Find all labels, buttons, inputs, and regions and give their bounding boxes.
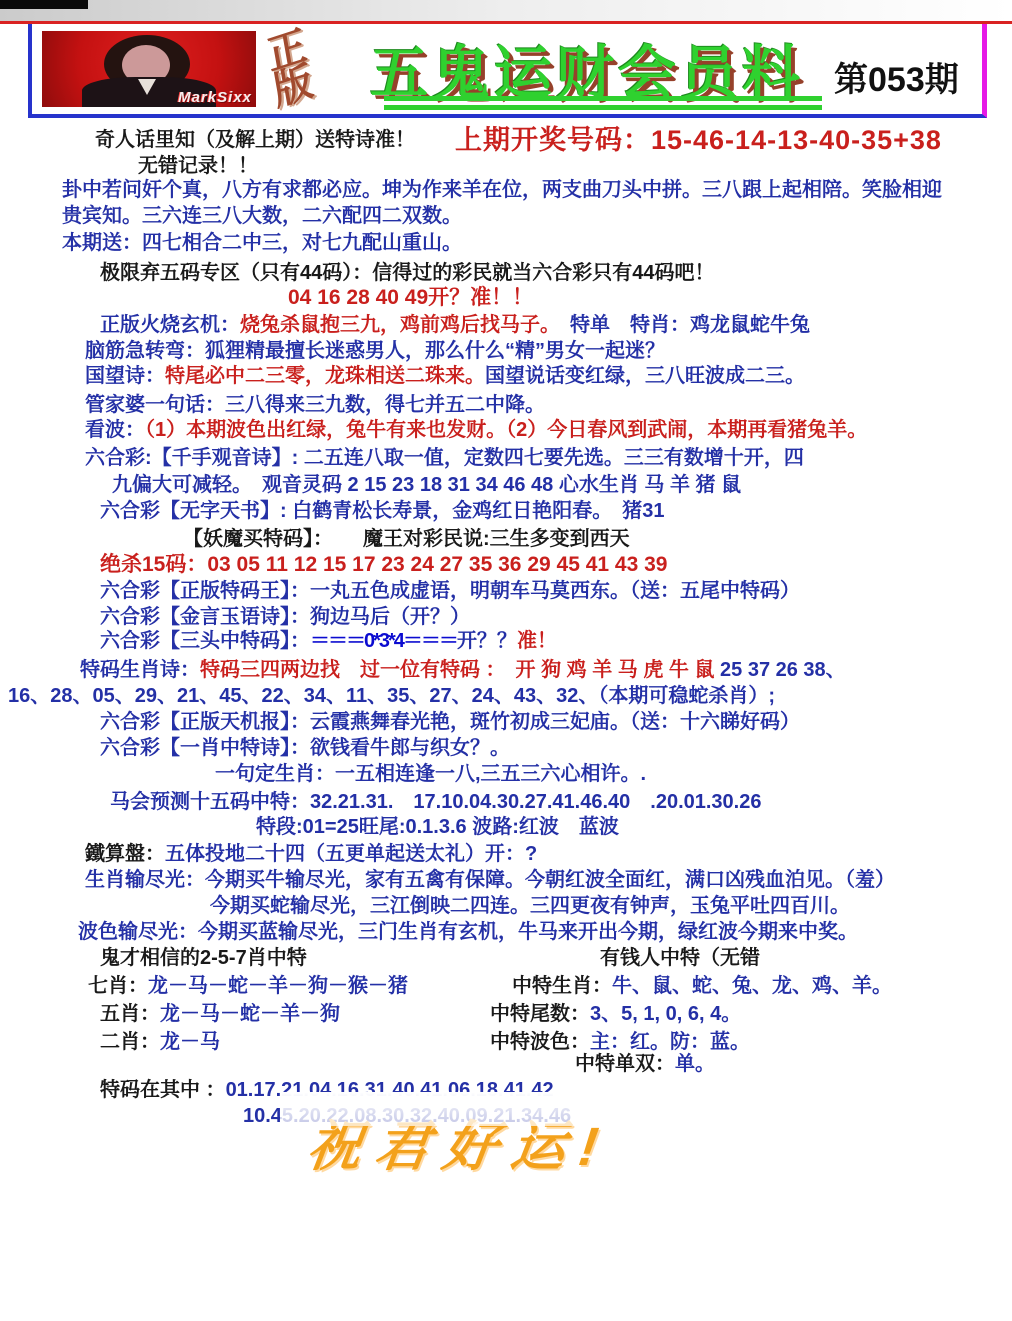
seg: 二肖：: [100, 1031, 160, 1053]
seg: 25 37 26 38、: [720, 659, 846, 681]
line-tema-wang: 六合彩【正版特码王】：一丸五色成虚语，明朝车马莫西东。（送：五尾中特码）: [100, 579, 800, 603]
line-tiesuanpan: 鐵算盤：五体投地二十四（五更单起送太礼）开：?: [85, 842, 537, 866]
edition-stamp: 正版: [265, 25, 321, 111]
seg: 上期开奖号码：15-46-14-13-40-35+38: [455, 125, 942, 155]
seg: 五肖：: [100, 1003, 160, 1025]
photo-caption: MarkSixx: [178, 89, 252, 106]
seg: 管家婆一句话：三八得来三九数，得七并五二中降。: [85, 394, 545, 416]
seg: 特码生肖诗：: [80, 659, 200, 681]
line-zhongte-weishu: 中特尾数：3、5, 1, 0, 6, 4。: [490, 1002, 741, 1026]
line-guicai-257: 鬼才相信的2-5-7肖中特: [100, 946, 307, 970]
seg: 六合彩【正版特码王】：一丸五色成虚语，明朝车马莫西东。（送：五尾中特码）: [100, 580, 800, 602]
seg: 六合彩:【千手观音诗】: 二五连八取一值，定数四七要先选。三三有数增十开，四: [85, 447, 804, 469]
line-naojin-jizhuanwan: 脑筋急转弯：狐狸精最擅长迷惑男人，那么什么“精”男女一起迷？: [85, 339, 665, 363]
seg: 无错记录！！: [138, 155, 258, 177]
seg: 六合彩【正版天机报】：云霞燕舞春光艳，斑竹初成三妃庙。（送：十六睇好码）: [100, 711, 800, 733]
seg: 一句定生肖：一五相连逢一八,三五三六心相许。.: [215, 763, 646, 785]
seg: 龙－马－蛇－羊－狗: [160, 1003, 340, 1025]
seg: 卦中若问奸个真，八方有求都必应。坤为作来羊在位，两支曲刀头中拼。三八跟上起相陪。…: [62, 179, 942, 201]
line-gua-poem-1: 卦中若问奸个真，八方有求都必应。坤为作来羊在位，两支曲刀头中拼。三八跟上起相陪。…: [62, 178, 942, 202]
line-gua-poem-2: 贵宾知。三六连三八大数，二六配四二双数。: [62, 204, 462, 228]
seg: 六合彩【一肖中特诗】：欲钱看牛郎与织女？。: [100, 737, 510, 759]
line-qixiao: 七肖：龙－马－蛇－羊－狗－猴－猪: [88, 974, 408, 998]
seg: 中特尾数：: [490, 1003, 590, 1025]
seg: 04 16 28 40 49开？准！！: [288, 286, 533, 309]
seg: 特段:01=25旺尾:0.1.3.6 波路:红波 蓝波: [256, 816, 619, 838]
seg: 魔王对彩民说:三生多变到西天: [323, 528, 630, 550]
lottery-tip-sheet: { "colors": { "body_blue": "#2430a6", "a…: [0, 0, 1012, 1321]
line-yixiao-zhongte: 六合彩【一肖中特诗】：欲钱看牛郎与织女？。: [100, 736, 510, 760]
seg: 【妖魔买特码】：: [183, 528, 323, 550]
top-scan-strip: [0, 0, 1012, 21]
masthead-photo: MarkSixx: [42, 31, 256, 107]
seg: 特单 特肖：鸡龙鼠蛇牛兔: [550, 314, 810, 336]
seg: 今期买蛇输尽光，三江倒映二四连。三四更夜有钟声，玉兔平吐四百川。: [210, 895, 850, 917]
last-draw-numbers: 上期开奖号码：15-46-14-13-40-35+38: [455, 128, 942, 152]
line-benqi-song: 本期送：四七相合二中三，对七九配山重山。: [62, 231, 462, 255]
seg: 奇人话里知（及解上期）送特诗准！: [95, 129, 415, 151]
censored-blocks: ＝＝＝0*3*4＝＝＝: [310, 630, 457, 652]
seg: 波色输尽光：今期买蓝输尽光，三门生肖有玄机，牛马来开出今期，绿红波今期来中奖。: [78, 921, 858, 943]
line-jixian-44ma: 极限弃五码专区（只有44码）：信得过的彩民就当六合彩只有44码吧！: [100, 261, 715, 285]
seg: 正版火烧玄机：: [100, 314, 240, 336]
seg: 中特生肖：: [512, 975, 612, 997]
title-underline-2: [384, 105, 822, 110]
seg: 有钱人中特（无错: [600, 947, 760, 969]
seg: 六合彩【无字天书】: 白鹤青松长寿景，金鸡红日艳阳春。 猪31: [100, 500, 664, 522]
seg: 国望说话变红绿，三八旺波成二三。: [485, 365, 805, 387]
seg: （1）本期波色出红绿，兔牛有来也发财。（2）今日春风到武闹，本期再看猪兔羊。: [145, 419, 867, 441]
seg: 贵宾知。三六连三八大数，二六配四二双数。: [62, 205, 462, 227]
seg: 中特波色：: [490, 1031, 590, 1053]
seg: 准！: [517, 630, 557, 652]
scan-artifact-bar: [0, 0, 88, 9]
line-zhongte-danshuang: 中特单双：单。: [575, 1052, 715, 1076]
footer-wish-fade: [280, 1092, 720, 1126]
seg: 烧兔杀鼠抱三九，鸡前鸡后找马子。: [240, 314, 550, 336]
seg: 看波：: [85, 419, 145, 441]
seg: 七肖：: [88, 975, 148, 997]
line-tema-shengxiao-poem-1: 特码生肖诗：特码三四两边找 过一位有特码 ： 开 狗 鸡 羊 马 虎 牛 鼠 2…: [80, 658, 846, 682]
line-tema-shengxiao-poem-2: 16、28、05、29、21、45、22、34、11、35、27、24、43、3…: [8, 684, 775, 708]
seg: 六合彩【三头中特码】：: [100, 630, 310, 652]
seg: 龙－马: [160, 1031, 220, 1053]
line-erxiao: 二肖：龙－马: [100, 1030, 220, 1054]
line-bose-shujinguang: 波色输尽光：今期买蓝输尽光，三门生肖有玄机，牛马来开出今期，绿红波今期来中奖。: [78, 920, 858, 944]
line-guanjiapo: 管家婆一句话：三八得来三九数，得七并五二中降。: [85, 393, 545, 417]
seg: 特码在其中 ：: [100, 1079, 226, 1101]
line-qianshou-guanyin-2: 九偏大可减轻。 观音灵码 2 15 23 18 31 34 46 48 心水生肖…: [112, 473, 741, 497]
seg: 极限弃五码专区（只有44码）：信得过的彩民就当六合彩只有44码吧！: [100, 262, 715, 284]
line-kanbo: 看波：（1）本期波色出红绿，兔牛有来也发财。（2）今日春风到武闹，本期再看猪兔羊…: [85, 418, 867, 442]
line-juesha-15ma: 绝杀15码：03 05 11 12 15 17 23 24 27 35 36 2…: [100, 553, 667, 577]
line-santou-tema: 六合彩【三头中特码】：＝＝＝0*3*4＝＝＝开？？准！: [100, 629, 557, 653]
seg: 马会预测十五码中特：32.21.31. 17.10.04.30.27.41.46…: [110, 791, 761, 813]
seg: 生肖输尽光：今期买牛输尽光，家有五禽有保障。今朝红波全面红，满口凶残血泊见。（羞…: [85, 869, 895, 891]
line-44ma-numbers: 04 16 28 40 49开？准！！: [288, 286, 533, 310]
seg: 特码三四两边找 过一位有特码 ： 开 狗 鸡 羊 马 虎 牛 鼠: [200, 659, 720, 681]
line-jinyan-yuyu: 六合彩【金言玉语诗】：狗边马后（开？）: [100, 605, 470, 629]
seg: 3、5, 1, 0, 6, 4。: [590, 1003, 741, 1025]
seg: 中特单双：: [575, 1053, 675, 1075]
line-qiren-intro: 奇人话里知（及解上期）送特诗准！: [95, 128, 415, 152]
seg: 九偏大可减轻。 观音灵码 2 15 23 18 31 34 46 48 心水生肖…: [112, 474, 741, 496]
seg: 五体投地二十四（五更单起送太礼）开：?: [165, 843, 537, 865]
line-youqianren: 有钱人中特（无错: [600, 946, 760, 970]
line-guowang-poem: 国望诗：特尾必中二三零，龙珠相送二珠来。国望说话变红绿，三八旺波成二三。: [85, 364, 805, 388]
issue-number: 第053期: [834, 52, 959, 101]
title-underline-1: [384, 96, 822, 101]
seg: 16、28、05、29、21、45、22、34、11、35、27、24、43、3…: [8, 685, 775, 707]
line-tianji-bao: 六合彩【正版天机报】：云霞燕舞春光艳，斑竹初成三妃庙。（送：十六睇好码）: [100, 710, 800, 734]
seg: 国望诗：: [85, 365, 165, 387]
seg: 本期送：四七相合二中三，对七九配山重山。: [62, 232, 462, 254]
line-yiju-ding-shengxiao: 一句定生肖：一五相连逢一八,三五三六心相许。.: [215, 762, 646, 786]
seg: 主：红。防：蓝。: [590, 1031, 750, 1053]
line-mahui-15ma: 马会预测十五码中特：32.21.31. 17.10.04.30.27.41.46…: [110, 790, 761, 814]
seg: 龙－马－蛇－羊－狗－猴－猪: [148, 975, 408, 997]
line-wucuo-jilu: 无错记录！！: [138, 154, 258, 178]
line-qianshou-guanyin-1: 六合彩:【千手观音诗】: 二五连八取一值，定数四七要先选。三三有数增十开，四: [85, 446, 804, 470]
seg: 单。: [675, 1053, 715, 1075]
seg: 绝杀15码：03 05 11 12 15 17 23 24 27 35 36 2…: [100, 553, 667, 576]
seg: 牛、鼠、蛇、兔、龙、鸡、羊。: [612, 975, 892, 997]
line-teduan-bolu: 特段:01=25旺尾:0.1.3.6 波路:红波 蓝波: [256, 815, 619, 839]
line-shengxiao-shujinguang-2: 今期买蛇输尽光，三江倒映二四连。三四更夜有钟声，玉兔平吐四百川。: [210, 894, 850, 918]
masthead: MarkSixx 正版 五鬼运财会员料 第053期: [28, 24, 987, 118]
seg: 鐵算盤：: [85, 843, 165, 865]
line-shengxiao-shujinguang-1: 生肖输尽光：今期买牛输尽光，家有五禽有保障。今朝红波全面红，满口凶残血泊见。（羞…: [85, 868, 895, 892]
seg: 脑筋急转弯：狐狸精最擅长迷惑男人，那么什么“精”男女一起迷？: [85, 340, 665, 362]
seg: 特尾必中二三零，龙珠相送二珠来。: [165, 365, 485, 387]
line-zhongte-shengxiao: 中特生肖：牛、鼠、蛇、兔、龙、鸡、羊。: [512, 974, 892, 998]
line-wuxiao: 五肖：龙－马－蛇－羊－狗: [100, 1002, 340, 1026]
seg: 鬼才相信的2-5-7肖中特: [100, 947, 307, 969]
line-wuzi-tianshu: 六合彩【无字天书】: 白鹤青松长寿景，金鸡红日艳阳春。 猪31: [100, 499, 664, 523]
line-yaomo-mai-tema: 【妖魔买特码】： 魔王对彩民说:三生多变到西天: [183, 527, 630, 551]
seg: 六合彩【金言玉语诗】：狗边马后（开？）: [100, 606, 470, 628]
line-huoshao-xuanji: 正版火烧玄机：烧兔杀鼠抱三九，鸡前鸡后找马子。 特单 特肖：鸡龙鼠蛇牛兔: [100, 313, 810, 337]
seg: 开？？: [457, 630, 517, 652]
line-zhongte-bose: 中特波色：主：红。防：蓝。: [490, 1030, 750, 1054]
